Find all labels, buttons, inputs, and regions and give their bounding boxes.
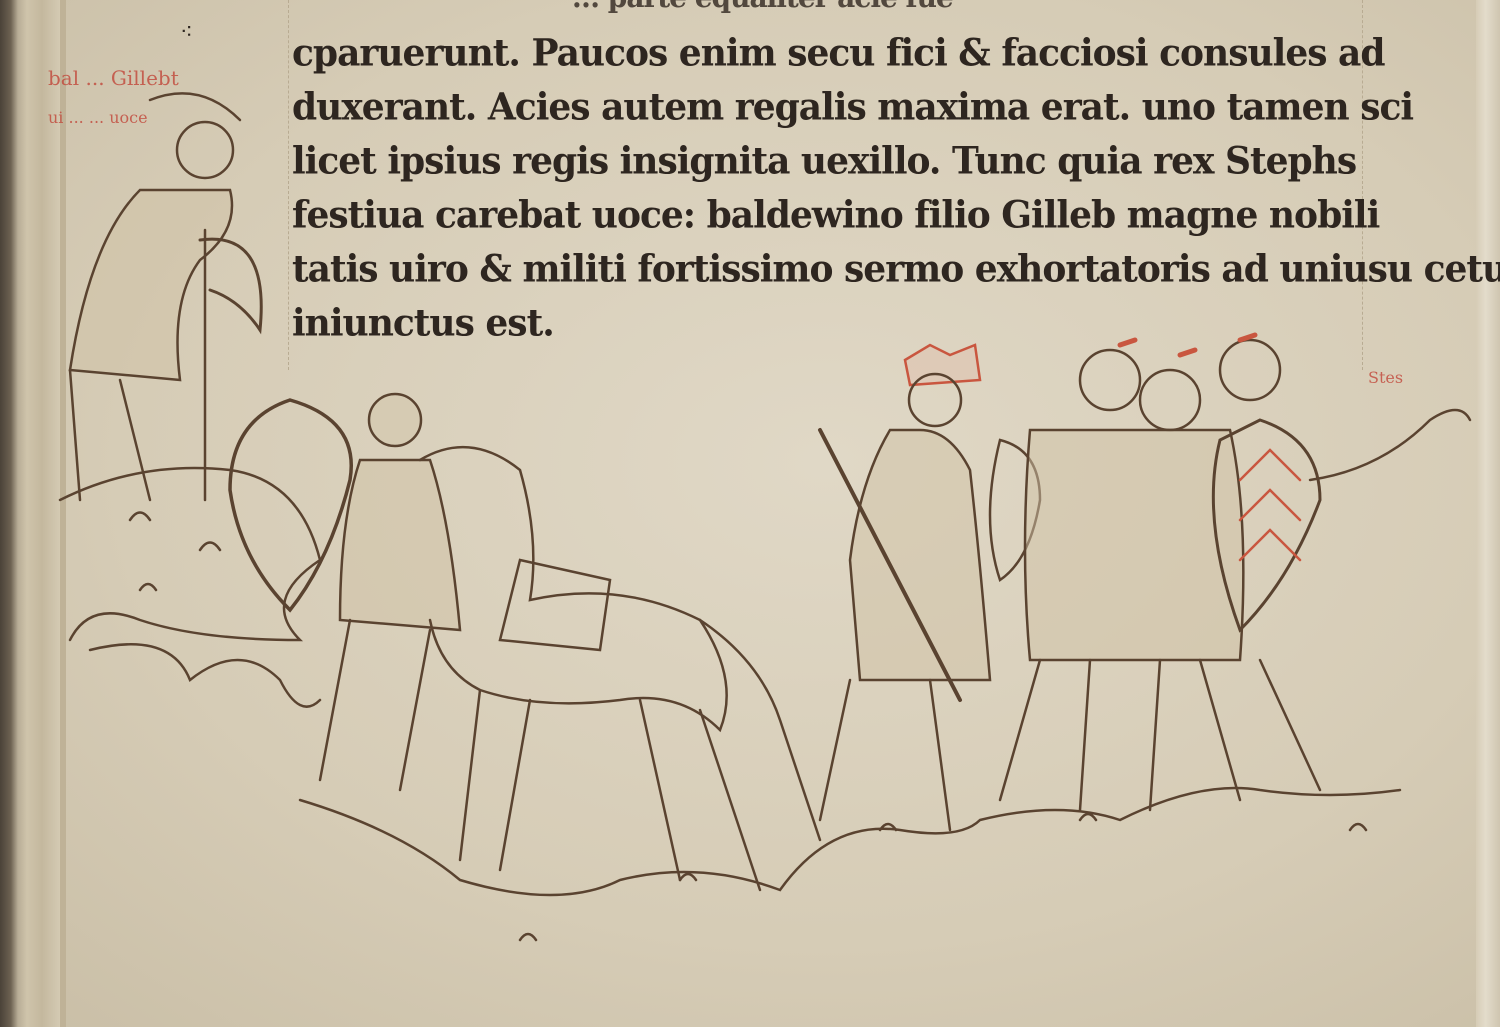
soldiers-group xyxy=(990,335,1470,810)
axe-warrior-figure xyxy=(70,93,261,500)
manuscript-page: ⁖ bal ... Gillebt ui ... ... uoce Stes …… xyxy=(0,0,1500,1027)
king-figure xyxy=(820,345,990,830)
horse-figure xyxy=(420,447,820,890)
ink-illustration xyxy=(0,0,1500,1027)
mounting-knight-figure xyxy=(320,394,460,790)
